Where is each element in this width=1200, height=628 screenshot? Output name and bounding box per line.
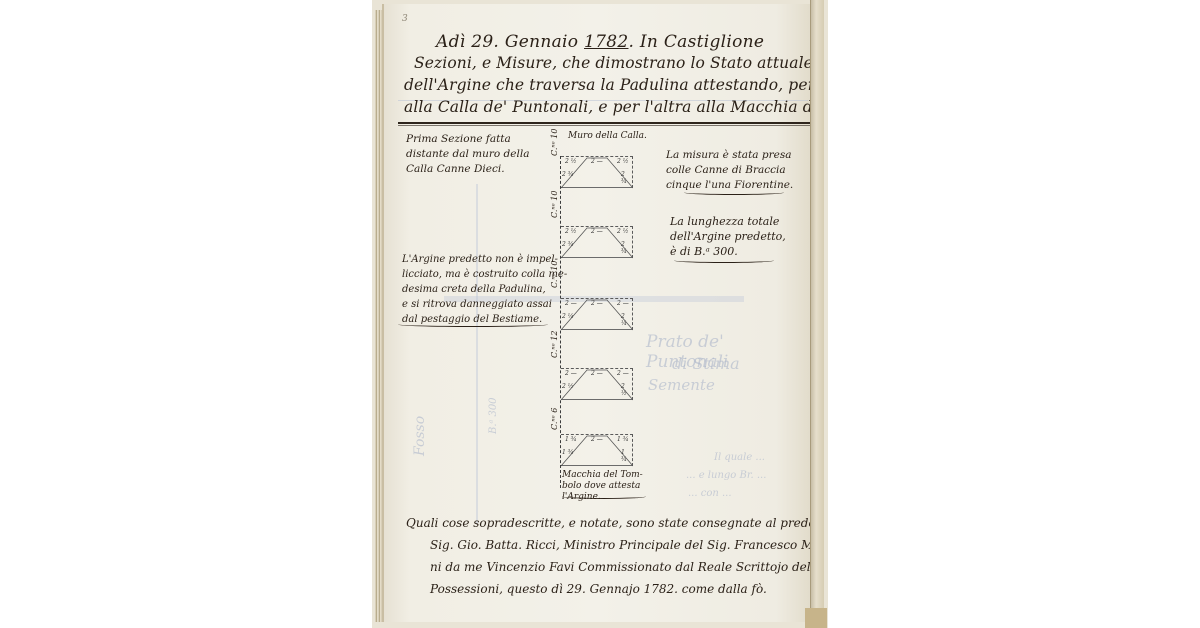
flourish — [684, 190, 784, 195]
distance-label: C.ⁿᵉ 6 — [550, 408, 559, 430]
cross-section-5: 1 ¾ 2 — 1 ¾ 1 ¾ 1 ¾ — [561, 434, 633, 466]
bleed-text: B.ᵃ 300 — [488, 397, 499, 434]
embankment-diagram: Muro della Calla. C.ⁿᵉ 10 C.ⁿᵉ 10 C.ⁿᵉ 1… — [552, 132, 632, 512]
header-line-2: Sezioni, e Misure, che dimostrano lo Sta… — [414, 54, 810, 72]
header-rule — [398, 122, 810, 124]
cross-section-2: 2 ½ 2 — 2 ½ 2 ¾ 2 ¾ — [561, 226, 633, 258]
note-first-section: Prima Sezione fatta distante dal muro de… — [406, 132, 529, 177]
diagram-top-label: Muro della Calla. — [568, 131, 647, 141]
note-measure: La misura è stata presa colle Canne di B… — [666, 148, 793, 193]
page-number: 3 — [402, 14, 408, 24]
bleed-vertical — [476, 184, 478, 524]
distance-label: C.ⁿᵉ 10 — [550, 261, 559, 288]
flourish — [562, 494, 646, 499]
bleed-text: ... e lungo Br. ... — [686, 470, 766, 481]
closing-line-3: ni da me Vincenzio Favi Commissionato da… — [430, 560, 810, 574]
distance-label: C.ⁿᵉ 10 — [550, 191, 559, 218]
cross-section-3: 2 — 2 — 2 — 2 ¼ 2 ¼ — [561, 298, 633, 330]
header-date: Adì 29. Gennaio — [436, 32, 578, 52]
flourish — [398, 322, 548, 327]
distance-label: C.ⁿᵉ 12 — [550, 331, 559, 358]
header-date-line: Adì 29. Gennaio 1782. In Castiglione — [436, 32, 764, 52]
binding-corner — [805, 608, 827, 628]
distance-label: C.ⁿᵉ 10 — [550, 129, 559, 156]
closing-line-2: Sig. Gio. Batta. Ricci, Ministro Princip… — [430, 538, 810, 552]
header-place: . In Castiglione — [628, 32, 764, 52]
bleed-text: di Stima — [672, 354, 740, 373]
header-line-4: alla Calla de' Puntonali, e per l'altra … — [404, 98, 810, 116]
bleed-text: Fosso — [412, 416, 428, 456]
header-rule-thin — [398, 125, 810, 126]
bleed-text: ... con ... — [688, 488, 732, 499]
manuscript-page: Prato de' Puntonali di Stima Semente Il … — [382, 4, 810, 622]
cross-section-1: 2 ½ 2 — 2 ½ 2 ¾ 2 ¾ — [561, 156, 633, 188]
header-year: 1782 — [584, 32, 628, 52]
bleed-text: Semente — [648, 376, 715, 394]
page-edge-right — [810, 0, 824, 628]
note-argine-condition: L'Argine predetto non è impel- licciato,… — [402, 252, 567, 327]
note-total-length: La lunghezza totale dell'Argine predetto… — [670, 214, 786, 259]
closing-line-1: Quali cose sopradescritte, e notate, son… — [406, 516, 810, 530]
closing-line-4: Possessioni, questo dì 29. Gennajo 1782.… — [430, 582, 767, 596]
header-line-3: dell'Argine che traversa la Padulina att… — [404, 76, 810, 94]
cross-section-4: 2 — 2 — 2 — 2 ½ 2 ½ — [561, 368, 633, 400]
flourish — [674, 258, 774, 263]
bleed-text: Il quale ... — [714, 452, 765, 463]
